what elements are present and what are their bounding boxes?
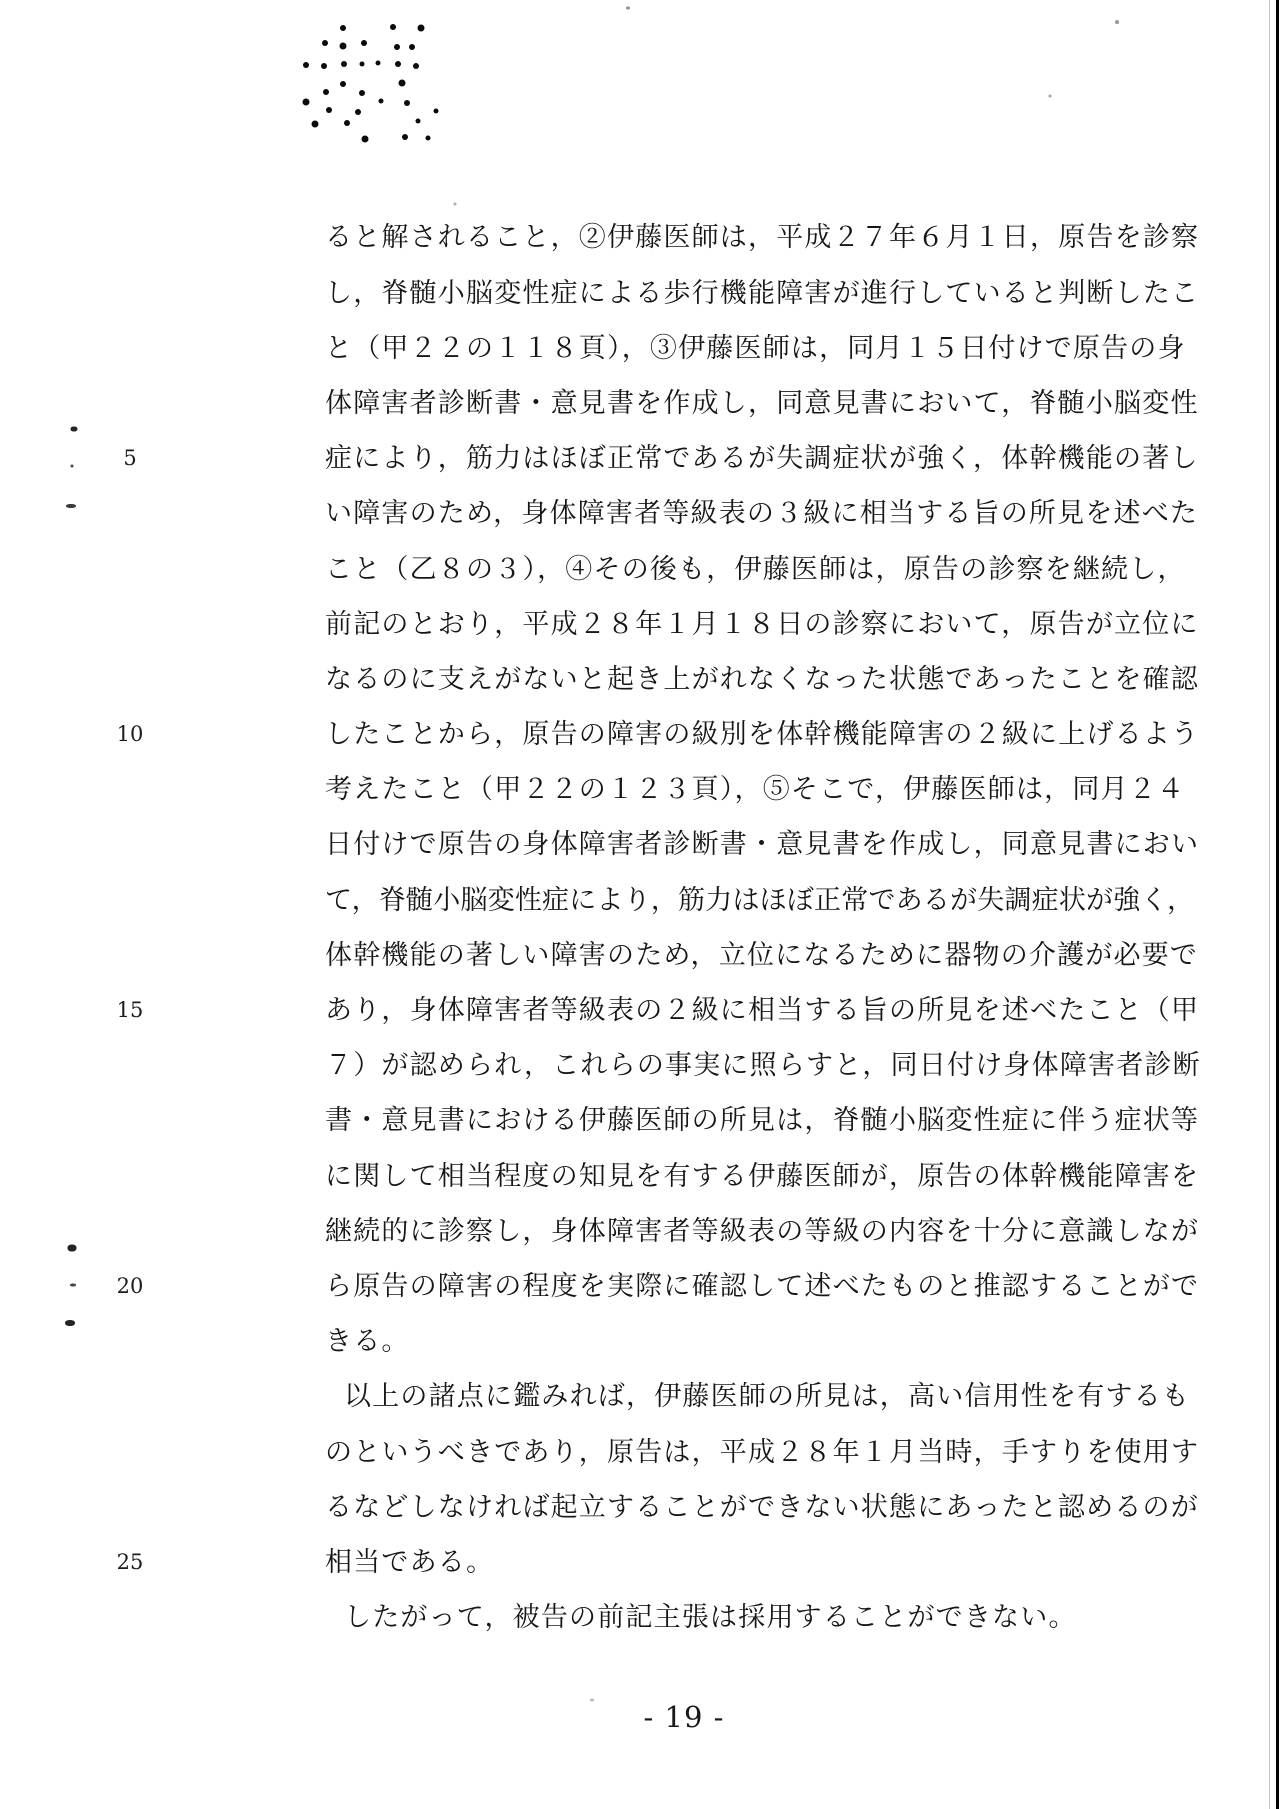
stamp-dot <box>341 61 347 67</box>
text-line: 継続的に診察し，身体障害者等級表の等級の内容を十分に意識しなが <box>325 1204 1235 1259</box>
stamp-dot <box>303 99 310 106</box>
margin-line-number: 15 <box>100 983 160 1038</box>
stamp-dot <box>321 63 327 69</box>
scan-speck <box>65 1320 75 1326</box>
stamp-dot <box>326 107 332 113</box>
stamp-dot <box>379 99 384 104</box>
stamp-dot <box>409 44 415 50</box>
text-line: と（甲２２の１１８頁），③伊藤医師は，同月１５日付けで原告の身 <box>325 321 1235 376</box>
margin-line-number: 20 <box>100 1259 160 1314</box>
stamp-dot <box>376 61 381 66</box>
scan-speck <box>1115 20 1119 24</box>
stamp-dot <box>402 134 408 140</box>
stamp-dot <box>344 120 350 126</box>
scan-speck <box>71 465 74 468</box>
stamp-dot <box>426 136 431 141</box>
text-line: なるのに支えがないと起き上がれなくなった状態であったことを確認 <box>325 652 1235 707</box>
margin-line-number: 5 <box>100 431 160 486</box>
text-line: したことから，原告の障害の級別を体幹機能障害の２級に上げるよう <box>325 707 1235 762</box>
text-line: 考えたこと（甲２２の１２３頁），⑤そこで，伊藤医師は，同月２４ <box>325 762 1235 817</box>
stamp-dot <box>404 100 410 106</box>
text-line: あり，身体障害者等級表の２級に相当する旨の所見を述べたこと（甲 <box>325 983 1235 1038</box>
scan-speck <box>1049 95 1052 98</box>
scan-speck <box>68 1245 77 1252</box>
text-line: い障害のため，身体障害者等級表の３級に相当する旨の所見を述べた <box>325 486 1235 541</box>
stamp-dot <box>340 81 346 87</box>
stamp-dot <box>395 61 401 67</box>
stamp-dot <box>390 24 396 30</box>
text-line: ７）が認められ，これらの事実に照らすと，同日付け身体障害者診断 <box>325 1038 1235 1093</box>
text-line: したがって，被告の前記主張は採用することができない。 <box>325 1590 1235 1645</box>
stamp-dot <box>416 119 421 124</box>
stamp-dot <box>360 62 365 67</box>
scan-edge-line <box>1276 0 1279 1809</box>
stamp-dot <box>418 25 425 32</box>
text-line: 相当である。 <box>325 1535 1235 1590</box>
stamp-dot <box>312 121 319 128</box>
text-line: 以上の諸点に鑑みれば，伊藤医師の所見は，高い信用性を有するも <box>325 1369 1235 1424</box>
text-line: 書・意見書における伊藤医師の所見は，脊髄小脳変性症に伴う症状等 <box>325 1093 1235 1148</box>
page-number: - 19 - <box>584 1700 784 1734</box>
stamp-dot <box>394 44 400 50</box>
margin-line-number: 10 <box>100 707 160 762</box>
stamp-dot <box>434 109 439 114</box>
stamp-dot <box>361 40 367 46</box>
text-line: 体障害者診断書・意見書を作成し，同意見書において，脊髄小脳変性 <box>325 376 1235 431</box>
scan-speck <box>626 7 630 10</box>
scan-speck <box>590 1699 594 1702</box>
stamp-dot <box>303 62 309 68</box>
scanned-court-document-page: 510152025 ると解されること，②伊藤医師は，平成２７年６月１日，原告を診… <box>0 0 1280 1809</box>
text-line: に関して相当程度の知見を有する伊藤医師が，原告の体幹機能障害を <box>325 1149 1235 1204</box>
text-line: 症により，筋力はほぼ正常であるが失調症状が強く，体幹機能の著し <box>325 431 1235 486</box>
text-line: こと（乙８の３），④その後も，伊藤医師は，原告の診察を継続し， <box>325 542 1235 597</box>
scan-speck <box>70 1284 76 1287</box>
stamp-dot <box>413 63 419 69</box>
stamp-dot <box>322 40 328 46</box>
text-line: 日付けで原告の身体障害者診断書・意見書を作成し，同意見書におい <box>325 817 1235 872</box>
text-line: 体幹機能の著しい障害のため，立位になるために器物の介護が必要で <box>325 928 1235 983</box>
stamp-dot <box>362 136 369 143</box>
scan-speck <box>71 427 78 432</box>
text-line: ら原告の障害の程度を実際に確認して述べたものと推認することがで <box>325 1259 1235 1314</box>
text-line: 前記のとおり，平成２８年１月１８日の診察において，原告が立位に <box>325 597 1235 652</box>
stamp-dot <box>399 80 406 87</box>
stamp-dot <box>340 25 346 31</box>
scan-speck <box>454 203 457 206</box>
scan-edge-line-faint <box>1269 0 1270 1809</box>
text-line: のというべきであり，原告は，平成２８年１月当時，手すりを使用す <box>325 1425 1235 1480</box>
text-line: て，脊髄小脳変性症により，筋力はほぼ正常であるが失調症状が強く， <box>325 873 1235 928</box>
margin-line-number: 25 <box>100 1535 160 1590</box>
text-line: きる。 <box>325 1314 1235 1369</box>
stamp-dot <box>323 89 329 95</box>
text-line: し，脊髄小脳変性症による歩行機能障害が進行していると判断したこ <box>325 266 1235 321</box>
stamp-dot <box>359 90 365 96</box>
scan-speck <box>66 504 76 508</box>
body-text: ると解されること，②伊藤医師は，平成２７年６月１日，原告を診察し，脊髄小脳変性症… <box>325 210 1235 1645</box>
text-line: ると解されること，②伊藤医師は，平成２７年６月１日，原告を診察 <box>325 210 1235 265</box>
stamp-dot <box>340 43 347 50</box>
text-line: るなどしなければ起立することができない状態にあったと認めるのが <box>325 1480 1235 1535</box>
stamp-dot <box>355 109 361 115</box>
